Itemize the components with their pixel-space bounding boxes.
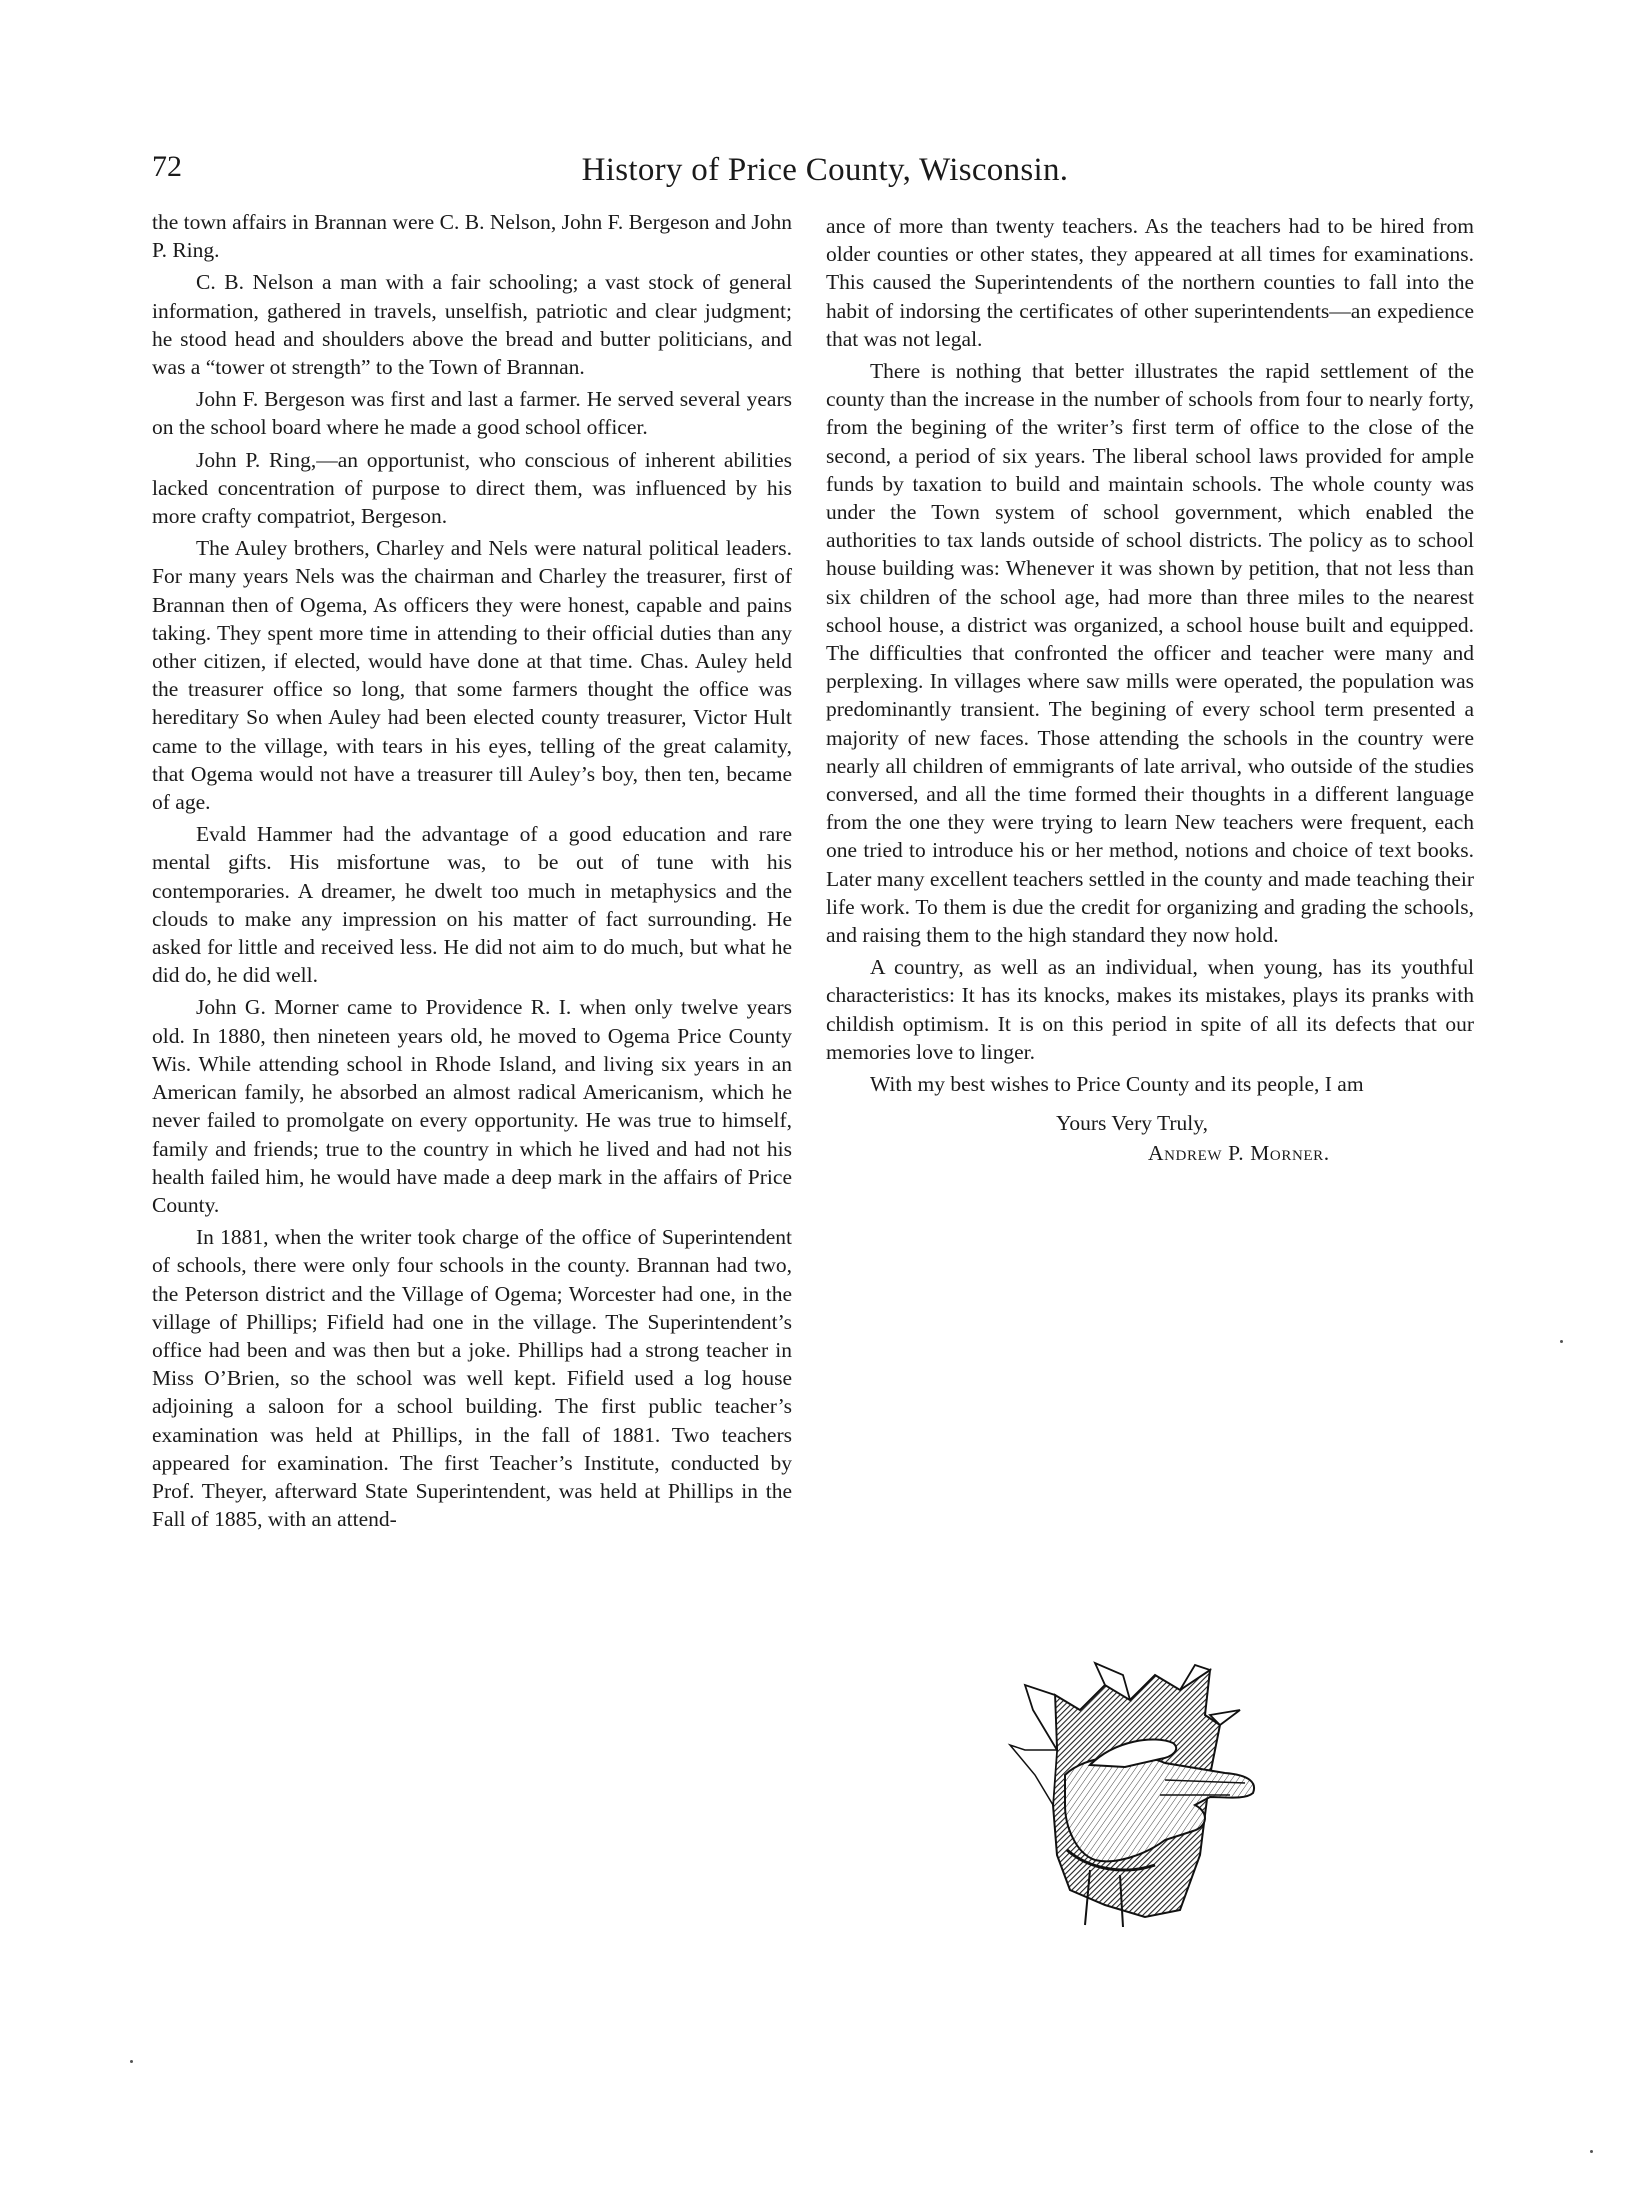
paragraph: ance of more than twenty teachers. As th… [826,212,1474,353]
running-title: History of Price County, Wisconsin. [0,152,1650,189]
hand-through-torn-paper-icon [995,1655,1270,1930]
left-column: the town affairs in Brannan were C. B. N… [152,208,792,1537]
paragraph: The Auley brothers, Charley and Nels wer… [152,534,792,816]
paragraph: John G. Morner came to Providence R. I. … [152,993,792,1219]
signature-block: Yours Very Truly, Andrew P. Morner. [826,1108,1474,1168]
paragraph: John F. Bergeson was first and last a fa… [152,385,792,441]
scan-speck [1590,2150,1593,2153]
closing-salutation: Yours Very Truly, [826,1108,1474,1138]
paragraph: C. B. Nelson a man with a fair schooling… [152,268,792,381]
paragraph: the town affairs in Brannan were C. B. N… [152,208,792,264]
scan-speck [1560,1340,1563,1343]
paragraph: Evald Hammer had the advantage of a good… [152,820,792,989]
paragraph: A country, as well as an individual, whe… [826,953,1474,1066]
paragraph: In 1881, when the writer took charge of … [152,1223,792,1533]
paragraph: There is nothing that better illustrates… [826,357,1474,949]
scan-speck [130,2060,133,2063]
author-signature: Andrew P. Morner. [826,1138,1474,1168]
paragraph: John P. Ring,—an opportunist, who consci… [152,446,792,531]
paragraph: With my best wishes to Price County and … [826,1070,1474,1098]
right-column: ance of more than twenty teachers. As th… [826,212,1474,1168]
